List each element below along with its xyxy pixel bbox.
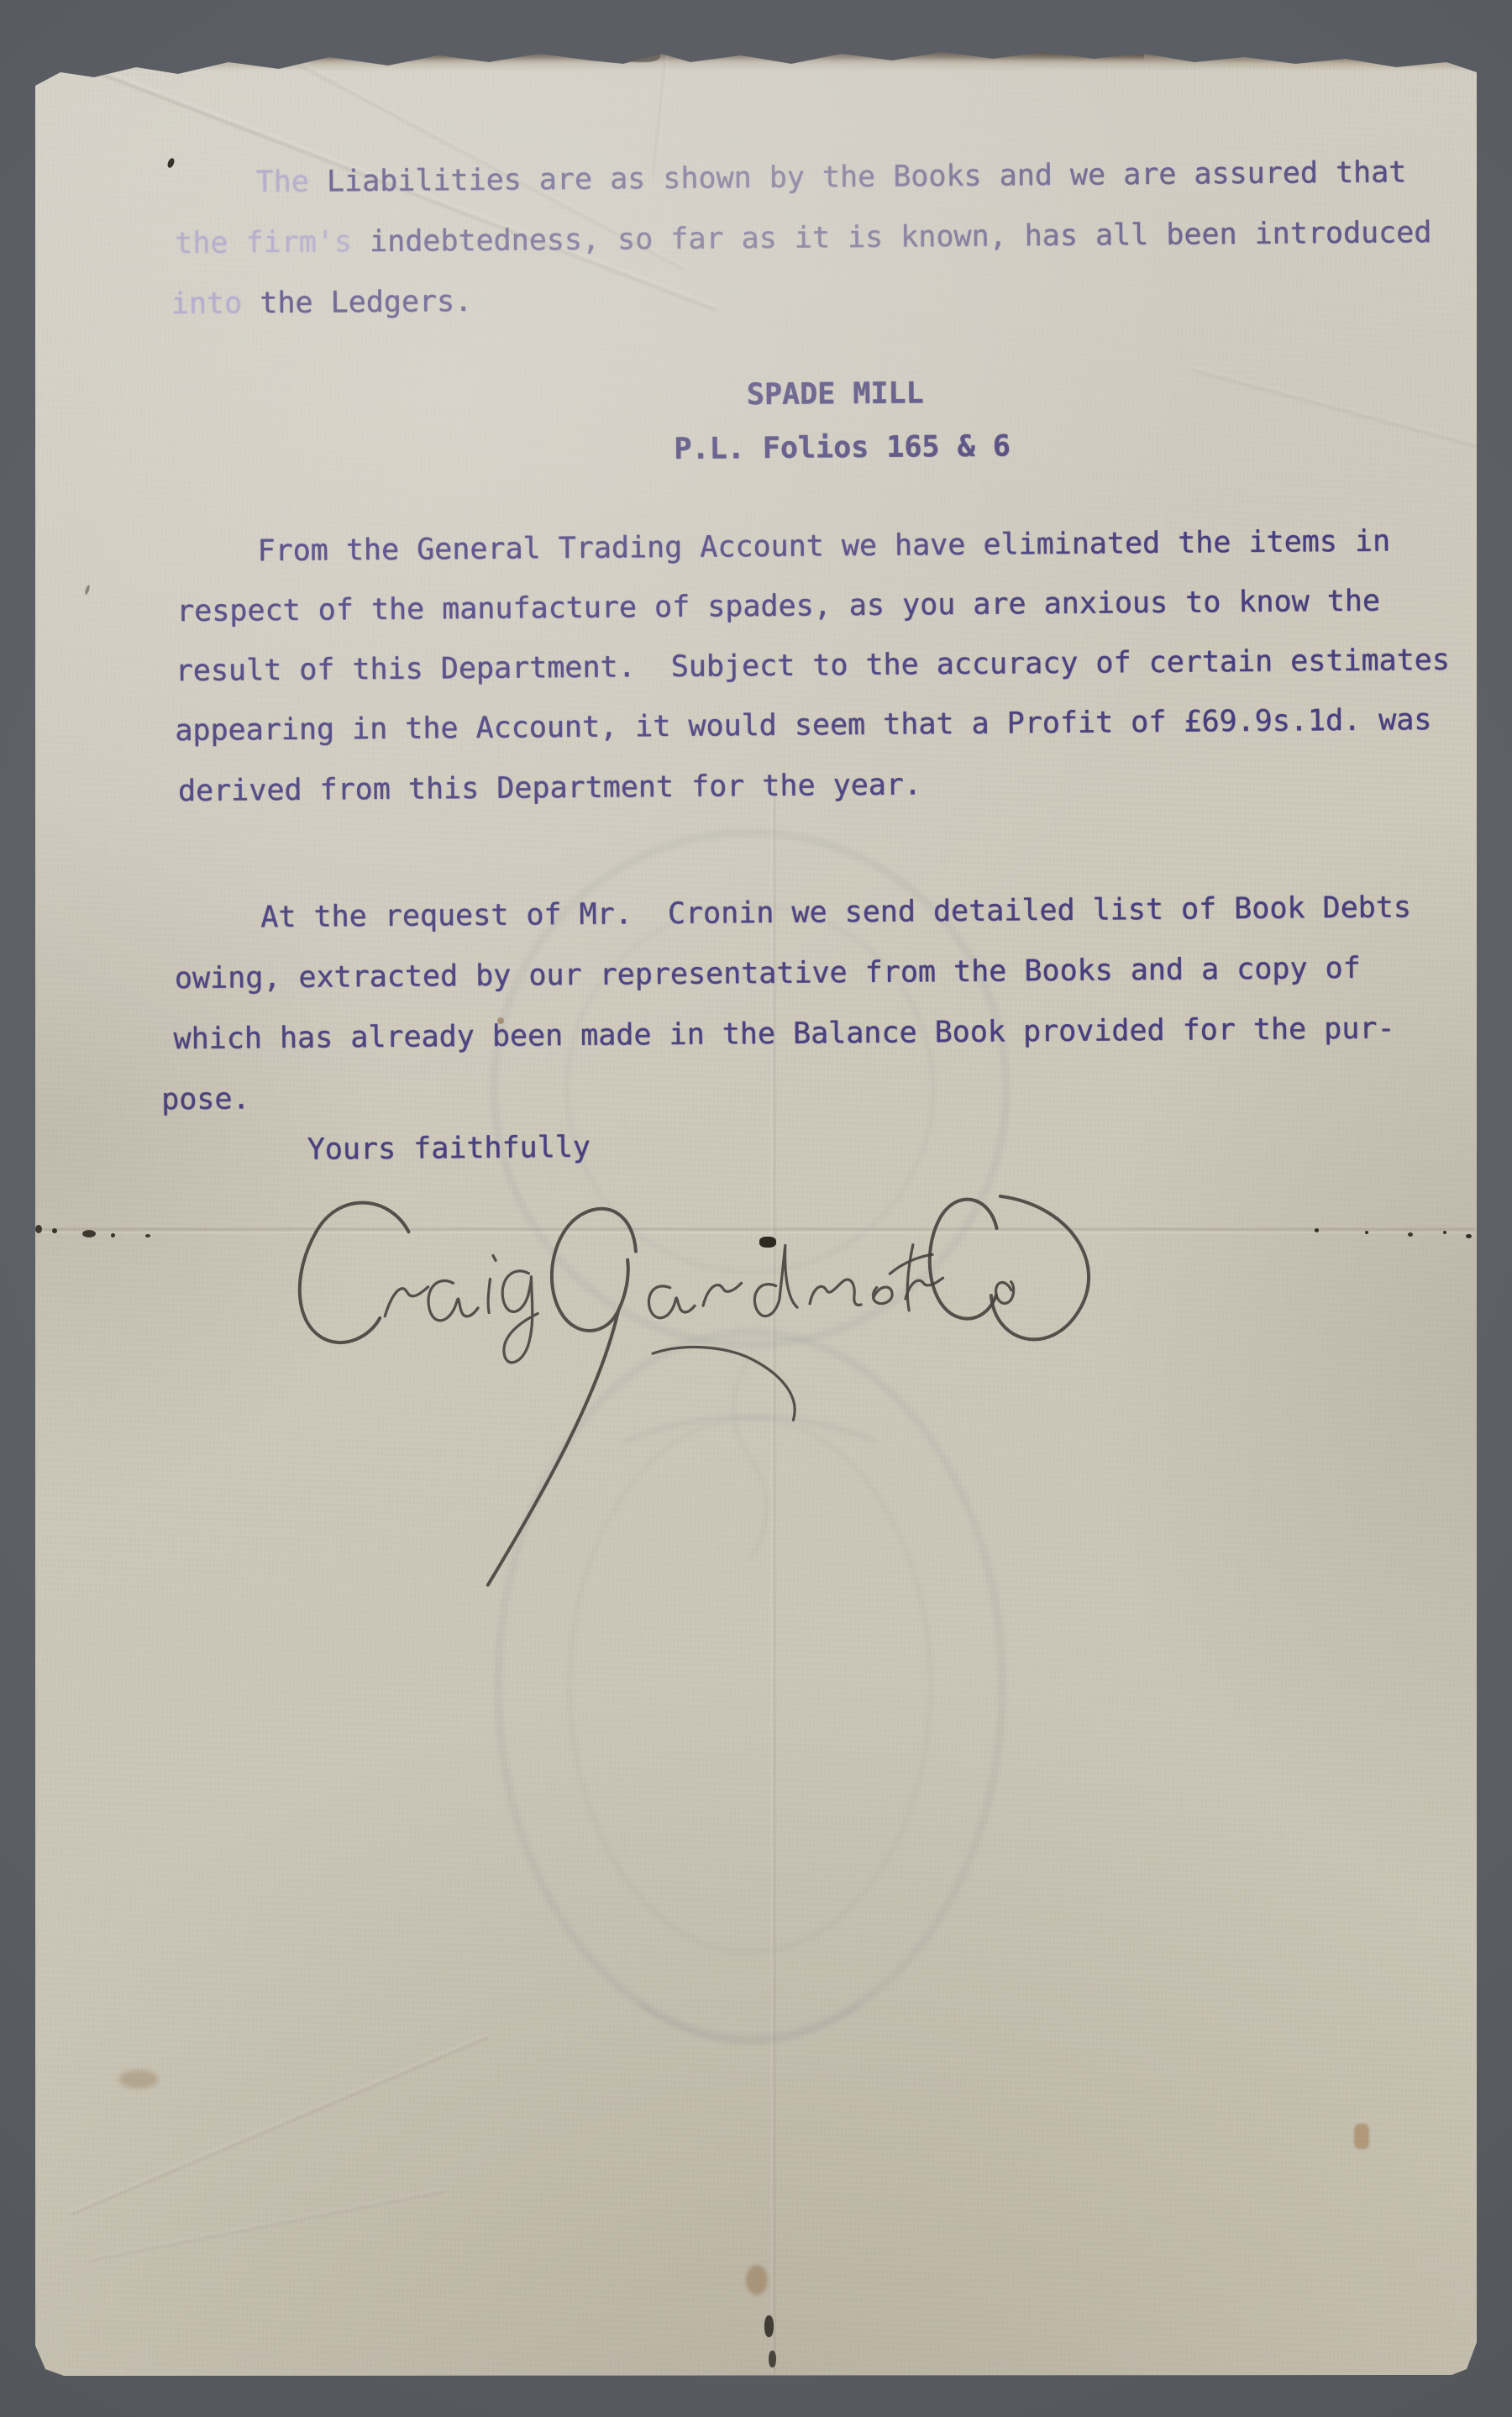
fold-speck (35, 1225, 42, 1233)
letter-heading-subtitle: P.L. Folios 165 & 6 (674, 432, 1011, 464)
letter-line: which has already been made in the Balan… (173, 1014, 1394, 1054)
letter-line: At the request of Mr. Cronin we send det… (260, 893, 1411, 933)
letter-line: the firm's indebtedness, so far as it is… (175, 218, 1431, 259)
letter-line: The Liabilities are as shown by the Book… (256, 158, 1407, 197)
scanned-letter-page: { "letter": { "heading": { "title": "SPA… (0, 0, 1512, 2417)
letter-line: From the General Trading Account we have… (257, 527, 1390, 566)
letter-line: into the Ledgers. (171, 287, 473, 319)
letter-line: owing, extracted by our representative f… (175, 954, 1361, 994)
letter-line: pose. (161, 1085, 250, 1115)
letter-line: appearing in the Account, it would seem … (175, 706, 1431, 746)
letter-line: derived from this Department for the yea… (178, 770, 921, 807)
letter-closing: Yours faithfully (307, 1133, 591, 1165)
faded-ink-text: The (255, 166, 309, 200)
letter-line: respect of the manufacture of spades, as… (176, 587, 1380, 628)
typed-text-block: The Liabilities are as shown by the Book… (34, 35, 1495, 2377)
faded-ink-text: into (171, 286, 243, 321)
letter-line: result of this Department. Subject to th… (176, 646, 1450, 686)
faded-ink-text: the firm's (175, 225, 352, 260)
paper-hole (759, 2376, 764, 2383)
letter-paper: The Liabilities are as shown by the Book… (35, 47, 1477, 2376)
letter-heading-title: SPADE MILL (747, 379, 924, 410)
